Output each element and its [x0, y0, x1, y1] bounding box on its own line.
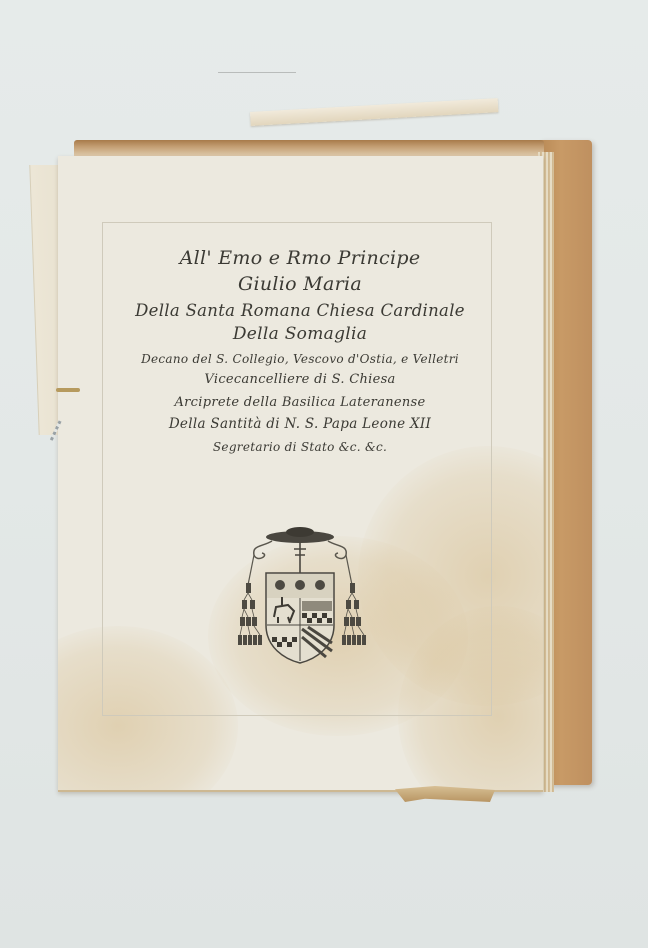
loose-paper-strip — [250, 98, 498, 126]
inscription-line-1: All' Emo e Rmo Principe — [100, 247, 500, 269]
inscription-line-8: Della Santità di N. S. Papa Leone XII — [100, 416, 500, 432]
binding-string — [56, 388, 80, 392]
coat-of-arms — [232, 525, 372, 670]
inscription-line-9: Segretario di Stato &c. &c. — [100, 440, 500, 454]
inscription-line-2: Giulio Maria — [100, 273, 500, 295]
wall-frame-line — [218, 72, 296, 73]
inscription-line-6: Vicecancelliere di S. Chiesa — [100, 372, 500, 387]
inscription-line-4: Della Somaglia — [100, 324, 500, 344]
inscription-line-7: Arciprete della Basilica Lateranense — [100, 395, 500, 410]
dedication-inscription: All' Emo e Rmo Principe Giulio Maria Del… — [100, 247, 500, 454]
inscription-line-3: Della Santa Romana Chiesa Cardinale — [100, 301, 500, 320]
coat-of-arms-icon — [232, 525, 372, 670]
inscription-line-5: Decano del S. Collegio, Vescovo d'Ostia,… — [100, 352, 500, 366]
